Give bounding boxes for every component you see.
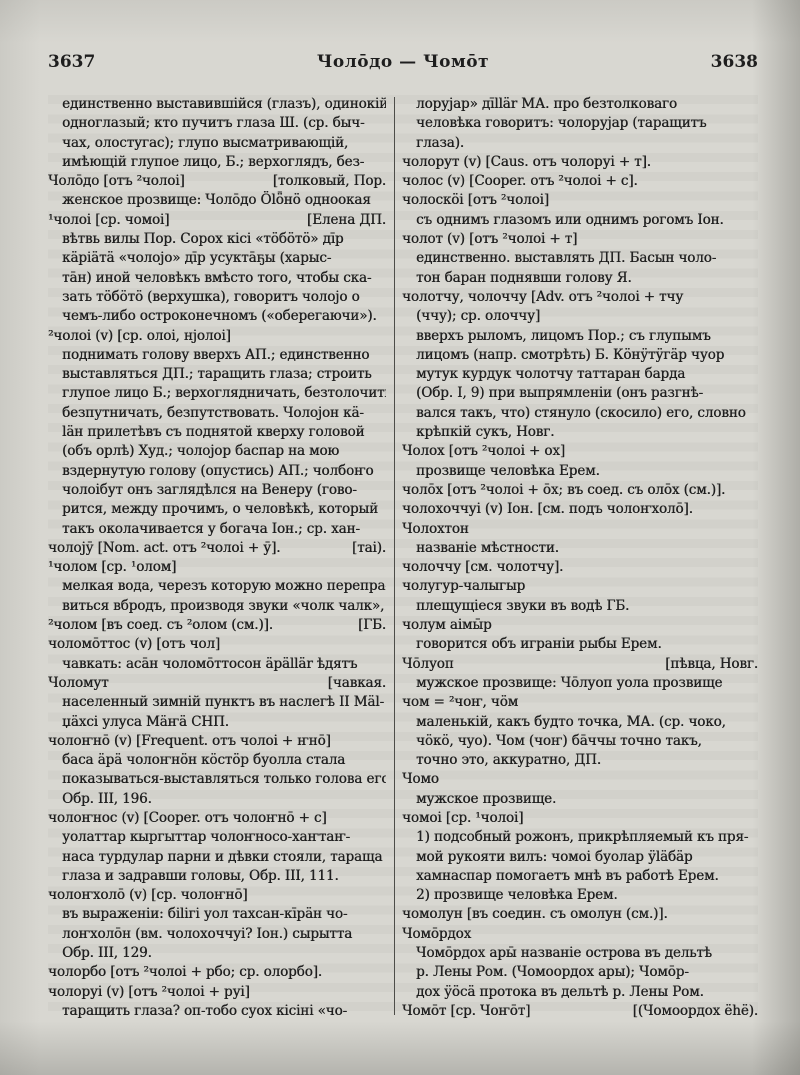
line-text: чолум аімы̄р: [402, 617, 492, 633]
text-line: мужское прозвище: Чōлуоп уола прозвище: [402, 674, 758, 693]
line-text: Чомо: [402, 771, 439, 787]
column-divider: [394, 97, 395, 1015]
text-line: наса турдулар парни и дѣвки стояли, тара…: [48, 848, 386, 867]
page-header: 3637 Чолōдо — Чомōт 3638: [48, 52, 758, 76]
entry-line: чолугур-чалыгыр: [402, 577, 758, 596]
catchword: [(Чомоордох ёhё).: [627, 1002, 758, 1021]
line-text: вался такъ, что) стянуло (скосило) его, …: [416, 405, 746, 421]
text-line: вался такъ, что) стянуло (скосило) его, …: [402, 404, 758, 423]
entry-line: чолорбо [отъ ²чолоі + рбо; ср. олорбо].: [48, 963, 386, 982]
text-line: крѣпкій сукъ, Новг.: [402, 423, 758, 442]
entry-line: ¹чолоі [ср. чомоі][Елена ДП.: [48, 211, 386, 230]
catchword: [Елена ДП.: [301, 211, 386, 230]
line-text: чолоччу [см. чолотчу].: [402, 559, 563, 575]
line-text: чолорут (v) [Caus. отъ чолоруі + т].: [402, 154, 651, 170]
line-text: мужское прозвище: Чōлуоп уола прозвище: [416, 675, 722, 691]
text-line: населенный зимній пунктъ въ наслегѣ II М…: [48, 693, 386, 712]
text-line: человѣка говоритъ: чолоруjар (таращитъ: [402, 114, 758, 133]
text-line: тон баран поднявши голову Я.: [402, 269, 758, 288]
line-text: поднимать голову вверхъ АП.; единственно: [62, 347, 369, 363]
line-text: лоҥхолōн (вм. чолохоччуі? Іон.) сырытта: [62, 926, 352, 942]
text-line: чавкать: асāн чоломōттосон äрällär ѣдятъ: [48, 655, 386, 674]
line-text: безпутничать, безпутствовать. Чолоjон кä…: [62, 405, 364, 421]
text-line: (ччу); ср. олоччу]: [402, 307, 758, 326]
line-text: Чомōрдох: [402, 926, 471, 942]
entry-line: Чомо: [402, 770, 758, 789]
entry-line: чолоруі (v) [отъ ²чолоі + руі]: [48, 983, 386, 1002]
text-line: глаза).: [402, 134, 758, 153]
text-line: Чомōрдох ары̄ названіе острова въ дельтѣ: [402, 944, 758, 963]
line-text: чолоҥхолō (v) [ср. чолоҥнō]: [48, 887, 247, 903]
line-text: чолоруі (v) [отъ ²чолоі + руі]: [48, 984, 250, 1000]
line-text: тāн) иной человѣкъ вмѣсто того, чтобы ск…: [62, 270, 371, 286]
entry-line: чолот (v) [отъ ²чолоі + т]: [402, 230, 758, 249]
line-text: чолохоччуі (v) Іон. [см. подъ чолоҥхолō]…: [402, 501, 693, 517]
entry-line: Чомōрдох: [402, 925, 758, 944]
entry-line: Чомōт [ср. Чоҥōт][(Чомоордох ёhё).: [402, 1002, 758, 1021]
text-line: чолоібут онъ заглядѣлся на Венеру (гово-: [48, 481, 386, 500]
line-text: плещущіеся звуки въ водѣ ГБ.: [416, 598, 629, 614]
line-text: Чолохтон: [402, 521, 469, 537]
line-text: 2) прозвище человѣка Ерем.: [416, 887, 618, 903]
text-line: (объ орлѣ) Худ.; чолоjор баспар на мою: [48, 442, 386, 461]
line-text: одноглазый; кто пучитъ глаза Ш. (ср. быч…: [62, 115, 364, 131]
line-text: р. Лены Ром. (Чомоордох ары); Чомōр-: [416, 964, 689, 980]
line-text: Чомōт [ср. Чоҥōт]: [402, 1002, 530, 1021]
line-text: тон баран поднявши голову Я.: [416, 270, 632, 286]
text-line: выставляться ДП.; таращить глаза; строит…: [48, 365, 386, 384]
line-text: (Обр. I, 9) при выпрямленіи (онъ разгнѣ-: [416, 385, 703, 401]
entry-line: чомоі [ср. ¹чолоі]: [402, 809, 758, 828]
text-line: дох ӱöсä протока въ дельтѣ р. Лены Ром.: [402, 983, 758, 1002]
entry-line: Чōлуоп[пѣвца, Новг.: [402, 655, 758, 674]
line-text: ²чолом [въ соед. съ ²олом (см.)].: [48, 616, 273, 635]
line-text: чолōх [отъ ²чолоі + ōх; въ соед. съ олōх…: [402, 482, 725, 498]
entry-line: ²чолоі (v) [ср. олоі, нjолоі]: [48, 327, 386, 346]
catchword: [толковый, Пор.: [267, 172, 386, 191]
text-line: глупое лицо Б.; верхоглядничать, безтоло…: [48, 384, 386, 403]
text-line: прозвище человѣка Ерем.: [402, 462, 758, 481]
text-line: лоҥхолōн (вм. чолохоччуі? Іон.) сырытта: [48, 925, 386, 944]
line-text: глаза и задравши головы, Обр. III, 111.: [62, 868, 339, 884]
text-line: чöкö, чуо). Чом (чоҥ) бāччы точно такъ,: [402, 732, 758, 751]
catchword: [таі).: [346, 539, 386, 558]
text-line: кäріäтä «чолоjо» дīр усуктāҕы (харыс-: [48, 249, 386, 268]
line-text: уолаттар кыргыттар чолоҥносо-хаҥтаҥ-: [62, 829, 350, 845]
line-text: вздернутую голову (опустись) АП.; чолбоҥ…: [62, 463, 373, 479]
entry-line: чолохоччуі (v) Іон. [см. подъ чолоҥхолō]…: [402, 500, 758, 519]
text-line: точно это, аккуратно, ДП.: [402, 751, 758, 770]
line-text: чомолун [въ соедин. съ омолун (см.)].: [402, 906, 668, 922]
line-text: мой рукояти вилъ: чомоі буолар ӱläбäр: [416, 849, 692, 865]
line-text: чöкö, чуо). Чом (чоҥ) бāччы точно такъ,: [416, 733, 702, 749]
text-line: тāн) иной человѣкъ вмѣсто того, чтобы ск…: [48, 269, 386, 288]
text-line: 1) подсобный рожонъ, прикрѣпляемый къ пр…: [402, 828, 758, 847]
line-text: точно это, аккуратно, ДП.: [416, 752, 601, 768]
line-text: кäріäтä «чолоjо» дīр усуктāҕы (харыс-: [62, 250, 331, 266]
entry-line: чолум аімы̄р: [402, 616, 758, 635]
line-text: женское прозвище: Чолōдо Ölȫнö одноокая: [62, 192, 371, 208]
text-line: маленькій, какъ будто точка, МА. (ср. чо…: [402, 713, 758, 732]
line-text: въ выраженіи: біlігі уол тахсан-кīрäн чо…: [62, 906, 347, 922]
text-line: таращить глаза? оп-тобо суох кісіні «чо-: [48, 1002, 386, 1021]
line-text: чолоскöі [отъ ²чолоі]: [402, 192, 549, 208]
line-text: чолотчу, чолоччу [Adv. отъ ²чолоі + тчу: [402, 289, 683, 305]
text-line: 2) прозвище человѣка Ерем.: [402, 886, 758, 905]
text-line: лицомъ (напр. смотрѣть) Б. Кöнӱтӱгäр чуо…: [402, 346, 758, 365]
line-text: чомоі [ср. ¹чолоі]: [402, 810, 523, 826]
entry-line: чолоччу [см. чолотчу].: [402, 558, 758, 577]
line-text: чемъ-либо остроконечномъ («оберегаючи»).: [62, 308, 377, 324]
line-text: съ однимъ глазомъ или однимъ рогомъ Іон.: [416, 212, 724, 228]
text-line: мелкая вода, черезъ которую можно перепр…: [48, 577, 386, 596]
text-line: съ однимъ глазомъ или однимъ рогомъ Іон.: [402, 211, 758, 230]
text-line: баса äрä чолоҥнöн кöстöр буолла стала: [48, 751, 386, 770]
text-line: въ выраженіи: біlігі уол тахсан-кīрäн чо…: [48, 905, 386, 924]
line-text: Чолōдо [отъ ²чолоі]: [48, 172, 185, 191]
text-line: говорится объ играніи рыбы Ерем.: [402, 635, 758, 654]
left-column: единственно выставившійся (глазъ), одино…: [48, 95, 386, 1021]
line-text: чолоҥнос (v) [Cooper. отъ чолоҥнō + с]: [48, 810, 327, 826]
text-line: показываться-выставляться только голова …: [48, 770, 386, 789]
text-line: мутук курдук чолотчу таттаран барда: [402, 365, 758, 384]
catchword: [пѣвца, Новг.: [659, 655, 758, 674]
text-line: вздернутую голову (опустись) АП.; чолбоҥ…: [48, 462, 386, 481]
line-text: единственно выставившійся (глазъ), одино…: [62, 96, 386, 112]
entry-line: чом = ²чоҥ, чöм: [402, 693, 758, 712]
line-text: лоруjар» дīllär МА. про безтолковаго: [416, 96, 677, 112]
entry-line: чолоjӯ [Nom. act. отъ ²чолоі + ӯ].[таі).: [48, 539, 386, 558]
line-text: чолугур-чалыгыр: [402, 578, 525, 594]
line-text: чолоjӯ [Nom. act. отъ ²чолоі + ӯ].: [48, 539, 280, 558]
line-text: вверхъ рыломъ, лицомъ Пор.; съ глупымъ: [416, 328, 711, 344]
text-line: чах, олостугас); глупо высматривающій,: [48, 134, 386, 153]
text-line: такъ околачивается у богача Іон.; ср. ха…: [48, 520, 386, 539]
text-line: чемъ-либо остроконечномъ («оберегаючи»).: [48, 307, 386, 326]
line-text: ²чолоі (v) [ср. олоі, нjолоі]: [48, 328, 231, 344]
text-line: мужское прозвище.: [402, 790, 758, 809]
line-text: läн прилетѣвъ съ поднятой кверху головой: [62, 424, 364, 440]
line-text: ¹чолоі [ср. чомоі]: [48, 211, 169, 230]
text-line: поднимать голову вверхъ АП.; единственно: [48, 346, 386, 365]
line-text: ¹чолом [ср. ¹олом]: [48, 559, 176, 575]
entry-line: чолотчу, чолоччу [Adv. отъ ²чолоі + тчу: [402, 288, 758, 307]
line-text: рится, между прочимъ, о человѣкѣ, которы…: [62, 501, 378, 517]
line-text: человѣка говоритъ: чолоруjар (таращитъ: [416, 115, 706, 131]
text-line: глаза и задравши головы, Обр. III, 111.: [48, 867, 386, 886]
line-text: прозвище человѣка Ерем.: [416, 463, 600, 479]
catchword: [ГБ.: [352, 616, 386, 635]
text-line: зать тöбöтö (верхушка), говоритъ чолоjо …: [48, 288, 386, 307]
entry-line: ¹чолом [ср. ¹олом]: [48, 558, 386, 577]
line-text: таращить глаза? оп-тобо суох кісіні «чо-: [62, 1003, 347, 1019]
line-text: мужское прозвище.: [416, 791, 556, 807]
text-line: вверхъ рыломъ, лицомъ Пор.; съ глупымъ: [402, 327, 758, 346]
line-text: такъ околачивается у богача Іон.; ср. ха…: [62, 521, 360, 537]
line-text: хамнаспар помогаетъ мнѣ въ работѣ Ерем.: [416, 868, 719, 884]
line-text: мутук курдук чолотчу таттаран барда: [416, 366, 685, 382]
entry-line: чолōх [отъ ²чолоі + ōх; въ соед. съ олōх…: [402, 481, 758, 500]
line-text: лицомъ (напр. смотрѣть) Б. Кöнӱтӱгäр чуо…: [416, 347, 724, 363]
line-text: единственно. выставлять ДП. Басын чоло-: [416, 250, 716, 266]
line-text: Чомōрдох ары̄ названіе острова въ дельтѣ: [416, 945, 712, 961]
entry-line: ²чолом [въ соед. съ ²олом (см.)].[ГБ.: [48, 616, 386, 635]
dictionary-page: 3637 Чолōдо — Чомōт 3638 единственно выс…: [0, 0, 800, 1075]
text-line: р. Лены Ром. (Чомоордох ары); Чомōр-: [402, 963, 758, 982]
line-text: названіе мѣстности.: [416, 540, 559, 556]
line-text: чолос (v) [Cooper. отъ ²чолоі + с].: [402, 173, 638, 189]
entry-line: чолоскöі [отъ ²чолоі]: [402, 191, 758, 210]
line-text: Обр. III, 196.: [62, 791, 152, 807]
entry-line: чолос (v) [Cooper. отъ ²чолоі + с].: [402, 172, 758, 191]
text-line: безпутничать, безпутствовать. Чолоjон кä…: [48, 404, 386, 423]
line-text: крѣпкій сукъ, Новг.: [416, 424, 554, 440]
line-text: выставляться ДП.; таращить глаза; строит…: [62, 366, 372, 382]
text-line: Обр. III, 129.: [48, 944, 386, 963]
line-text: чолорбо [отъ ²чолоі + рбо; ср. олорбо].: [48, 964, 322, 980]
line-text: населенный зимній пунктъ въ наслегѣ II М…: [62, 694, 384, 710]
text-line: единственно. выставлять ДП. Басын чоло-: [402, 249, 758, 268]
line-text: маленькій, какъ будто точка, МА. (ср. чо…: [416, 714, 726, 730]
text-line: одноглазый; кто пучитъ глаза Ш. (ср. быч…: [48, 114, 386, 133]
line-text: глупое лицо Б.; верхоглядничать, безтоло…: [62, 385, 386, 401]
right-column: лоруjар» дīllär МА. про безтолковагочело…: [402, 95, 758, 1021]
line-text: чолоібут онъ заглядѣлся на Венеру (гово-: [62, 482, 357, 498]
line-text: мелкая вода, черезъ которую можно перепр…: [62, 578, 386, 594]
text-line: рится, между прочимъ, о человѣкѣ, которы…: [48, 500, 386, 519]
line-text: дох ӱöсä протока въ дельтѣ р. Лены Ром.: [416, 984, 704, 1000]
entry-line: чомолун [въ соедин. съ омолун (см.)].: [402, 905, 758, 924]
entry-line: Чолōдо [отъ ²чолоі][толковый, Пор.: [48, 172, 386, 191]
text-line: (Обр. I, 9) при выпрямленіи (онъ разгнѣ-: [402, 384, 758, 403]
line-text: (объ орлѣ) Худ.; чолоjор баспар на мою: [62, 443, 339, 459]
entry-line: Чолохтон: [402, 520, 758, 539]
line-text: Чōлуоп: [402, 655, 454, 674]
line-text: чоломōттос (v) [отъ чол]: [48, 636, 220, 652]
line-text: чолот (v) [отъ ²чолоі + т]: [402, 231, 577, 247]
text-line: плещущіеся звуки въ водѣ ГБ.: [402, 597, 758, 616]
catchword: [чавкая.: [322, 674, 386, 693]
line-text: зать тöбöтö (верхушка), говоритъ чолоjо …: [62, 289, 360, 305]
line-text: Обр. III, 129.: [62, 945, 152, 961]
line-text: вѣтвь вилы Пор. Сорох кісі «тöбöтö» дīр: [62, 231, 343, 247]
text-line: единственно выставившійся (глазъ), одино…: [48, 95, 386, 114]
line-text: баса äрä чолоҥнöн кöстöр буолла стала: [62, 752, 345, 768]
line-text: Чолох [отъ ²чолоі + ох]: [402, 443, 565, 459]
text-columns: единственно выставившійся (глазъ), одино…: [48, 95, 758, 1021]
running-title: Чолōдо — Чомōт: [48, 52, 758, 72]
text-line: вѣтвь вилы Пор. Сорох кісі «тöбöтö» дīр: [48, 230, 386, 249]
text-line: läн прилетѣвъ съ поднятой кверху головой: [48, 423, 386, 442]
entry-line: чолоҥнō (v) [Frequent. отъ чолоі + ҥнō]: [48, 732, 386, 751]
line-text: (ччу); ср. олоччу]: [416, 308, 540, 324]
text-line: названіе мѣстности.: [402, 539, 758, 558]
entry-line: чолоҥнос (v) [Cooper. отъ чолоҥнō + с]: [48, 809, 386, 828]
text-line: уолаттар кыргыттар чолоҥносо-хаҥтаҥ-: [48, 828, 386, 847]
line-text: чолоҥнō (v) [Frequent. отъ чолоі + ҥнō]: [48, 733, 331, 749]
line-text: наса турдулар парни и дѣвки стояли, тара…: [62, 849, 382, 865]
line-text: чом = ²чоҥ, чöм: [402, 694, 518, 710]
text-line: мой рукояти вилъ: чомоі буолар ӱläбäр: [402, 848, 758, 867]
entry-line: Чоломут[чавкая.: [48, 674, 386, 693]
line-text: 1) подсобный рожонъ, прикрѣпляемый къ пр…: [416, 829, 748, 845]
text-line: женское прозвище: Чолōдо Ölȫнö одноокая: [48, 191, 386, 210]
text-line: виться вбродъ, производя звуки «чолк чал…: [48, 597, 386, 616]
text-line: имѣющій глупое лицо, Б.; верхоглядъ, без…: [48, 153, 386, 172]
line-text: говорится объ играніи рыбы Ерем.: [416, 636, 662, 652]
line-text: чавкать: асāн чоломōттосон äрällär ѣдятъ: [62, 656, 357, 672]
line-text: Чоломут: [48, 674, 108, 693]
text-line: џäхсі улуса Мäҥä СНП.: [48, 713, 386, 732]
entry-line: чолорут (v) [Caus. отъ чолоруі + т].: [402, 153, 758, 172]
text-line: Обр. III, 196.: [48, 790, 386, 809]
line-text: виться вбродъ, производя звуки «чолк чал…: [62, 598, 384, 614]
line-text: џäхсі улуса Мäҥä СНП.: [62, 714, 229, 730]
entry-line: чолоҥхолō (v) [ср. чолоҥнō]: [48, 886, 386, 905]
entry-line: Чолох [отъ ²чолоі + ох]: [402, 442, 758, 461]
line-text: глаза).: [416, 135, 464, 151]
line-text: чах, олостугас); глупо высматривающій,: [62, 135, 348, 151]
line-text: показываться-выставляться только голова …: [62, 771, 386, 787]
text-line: хамнаспар помогаетъ мнѣ въ работѣ Ерем.: [402, 867, 758, 886]
entry-line: чоломōттос (v) [отъ чол]: [48, 635, 386, 654]
line-text: имѣющій глупое лицо, Б.; верхоглядъ, без…: [62, 154, 364, 170]
text-line: лоруjар» дīllär МА. про безтолковаго: [402, 95, 758, 114]
